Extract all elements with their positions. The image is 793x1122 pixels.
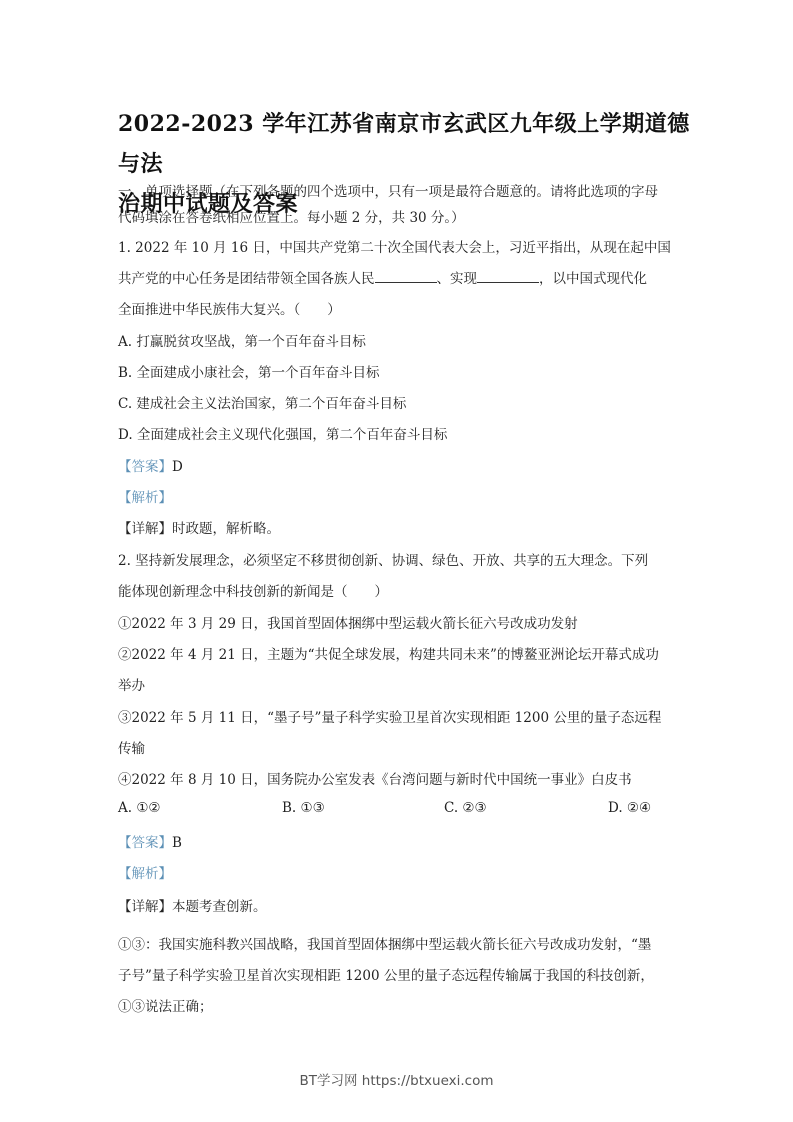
q1-analysis: 【解析】 — [118, 486, 172, 506]
q1-stem-part-c: ，以中国式现代化 — [539, 271, 647, 287]
title-line-1: 2022-2023 学年江苏省南京市玄武区九年级上学期道德与法 — [118, 104, 698, 184]
footer-watermark: BT学习网 https://btxuexi.com — [0, 1069, 793, 1089]
q2-item-2-cont: 举办 — [118, 674, 145, 694]
section-heading-line-1: 一、单项选择题（在下列各题的四个选项中，只有一项是最符合题意的。请将此选项的字母 — [118, 180, 658, 200]
q1-option-c: C. 建成社会主义法治国家，第二个百年奋斗目标 — [118, 392, 406, 412]
detail-tag: 【详解】 — [118, 899, 172, 915]
q2-item-4: ④2022 年 8 月 10 日，国务院办公室发表《台湾问题与新时代中国统一事业… — [118, 768, 632, 788]
q2-option-b: B. ①③ — [282, 800, 325, 816]
answer-value: B — [172, 835, 182, 851]
q2-option-a: A. ①② — [118, 800, 161, 816]
section-heading-line-2: 代码填涂在答卷纸相应位置上。每小题 2 分，共 30 分。） — [118, 206, 465, 226]
detail-text: 时政题，解析略。 — [172, 521, 280, 537]
q2-stem-line-1: 2. 坚持新发展理念，必须坚定不移贯彻创新、协调、绿色、开放、共享的五大理念。下… — [118, 549, 648, 569]
q1-stem-part-b: 、实现 — [437, 271, 478, 287]
q1-answer: 【答案】D — [118, 455, 183, 475]
q2-item-1: ①2022 年 3 月 29 日，我国首型固体捆绑中型运载火箭长征六号改成功发射 — [118, 612, 578, 632]
q1-stem-line-3: 全面推进中华民族伟大复兴。（ ） — [118, 298, 341, 318]
q2-answer: 【答案】B — [118, 831, 182, 851]
q2-analysis: 【解析】 — [118, 862, 172, 882]
detail-tag: 【详解】 — [118, 521, 172, 537]
q2-explanation-line-1: ①③：我国实施科教兴国战略，我国首型固体捆绑中型运载火箭长征六号改成功发射，“墨 — [118, 933, 651, 953]
q1-option-d: D. 全面建成社会主义现代化强国，第二个百年奋斗目标 — [118, 423, 447, 443]
q1-blank-2 — [477, 270, 539, 283]
analysis-tag: 【解析】 — [118, 866, 172, 882]
q2-item-3: ③2022 年 5 月 11 日，“墨子号”量子科学实验卫星首次实现相距 120… — [118, 706, 661, 726]
q1-blank-1 — [375, 270, 437, 283]
answer-value: D — [172, 459, 183, 475]
q1-option-a: A. 打赢脱贫攻坚战，第一个百年奋斗目标 — [118, 330, 366, 350]
answer-tag: 【答案】 — [118, 459, 172, 475]
q2-explanation-line-3: ①③说法正确； — [118, 995, 213, 1015]
q1-stem-line-2: 共产党的中心任务是团结带领全国各族人民、实现，以中国式现代化 — [118, 267, 647, 287]
q1-option-b: B. 全面建成小康社会，第一个百年奋斗目标 — [118, 361, 380, 381]
q2-option-c: C. ②③ — [444, 800, 487, 816]
q2-item-3-cont: 传输 — [118, 737, 145, 757]
q1-stem-line-1: 1. 2022 年 10 月 16 日，中国共产党第二十次全国代表大会上，习近平… — [118, 236, 671, 256]
answer-tag: 【答案】 — [118, 835, 172, 851]
q2-detail: 【详解】本题考查创新。 — [118, 895, 267, 915]
q2-option-d: D. ②④ — [608, 800, 651, 816]
q2-explanation-line-2: 子号”量子科学实验卫星首次实现相距 1200 公里的量子态远程传输属于我国的科技… — [118, 964, 654, 984]
analysis-tag: 【解析】 — [118, 490, 172, 506]
q2-stem-line-2: 能体现创新理念中科技创新的新闻是（ ） — [118, 580, 388, 600]
q1-stem-part-a: 共产党的中心任务是团结带领全国各族人民 — [118, 271, 375, 287]
q2-item-2: ②2022 年 4 月 21 日，主题为“共促全球发展，构建共同未来”的博鳌亚洲… — [118, 643, 659, 663]
detail-text: 本题考查创新。 — [172, 899, 267, 915]
q1-detail: 【详解】时政题，解析略。 — [118, 517, 280, 537]
